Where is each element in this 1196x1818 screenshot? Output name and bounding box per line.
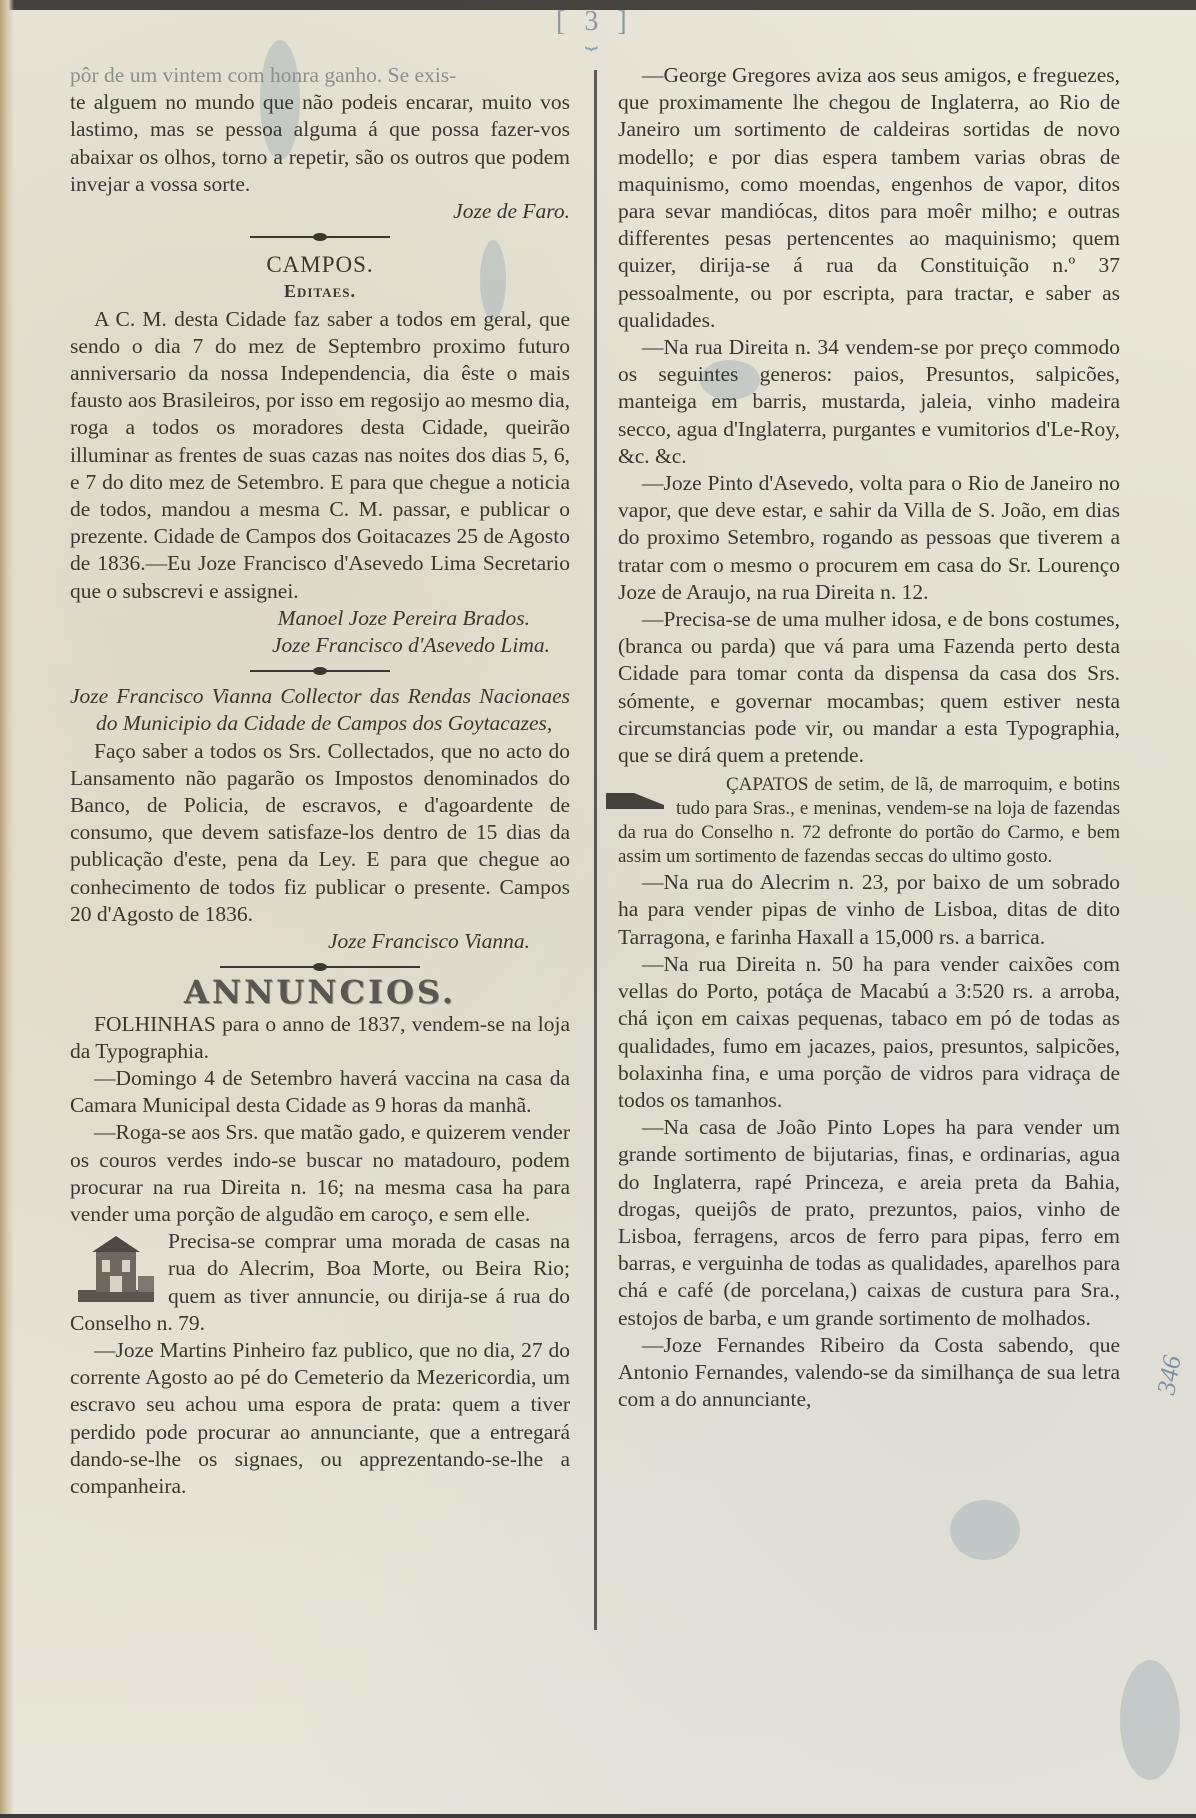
ornamental-rule xyxy=(250,231,390,243)
annuncios-title: ANNUNCIOS. xyxy=(70,979,570,1006)
ad-item: —Na rua Direita n. 34 vendem-se por preç… xyxy=(618,334,1120,470)
ad-item: —Na rua do Alecrim n. 23, por baixo de u… xyxy=(618,869,1120,951)
shoe-woodcut-icon xyxy=(604,787,666,811)
house-woodcut-icon xyxy=(74,1232,158,1304)
column-divider xyxy=(594,70,597,1630)
edital-signature-2: Joze Francisco d'Asevedo Lima. xyxy=(70,632,570,659)
edital-signature-1: Manoel Joze Pereira Brados. xyxy=(70,605,570,632)
intro-faded-line: pôr de um vintem com honra ganho. Se exi… xyxy=(70,62,570,89)
edital-2-header: Joze Francisco Vianna Collector das Rend… xyxy=(70,683,570,737)
ad-item: —George Gregores aviza aos seus amigos, … xyxy=(618,62,1120,334)
ad-item-text: ÇAPATOS de setim, de lã, de marroquim, e… xyxy=(618,773,1120,869)
ad-item-shoes: ÇAPATOS de setim, de lã, de marroquim, e… xyxy=(618,773,1120,869)
ornamental-rule xyxy=(250,665,390,677)
intro-paragraph: te alguem no mundo que não podeis encara… xyxy=(70,89,570,198)
ad-item: —Roga-se aos Srs. que matão gado, e quiz… xyxy=(70,1119,570,1228)
ad-item: —Na casa de João Pinto Lopes ha para ven… xyxy=(618,1114,1120,1332)
section-subtitle: Editaes. xyxy=(70,278,570,305)
ad-item: FOLHINHAS para o anno de 1837, vendem-se… xyxy=(70,1011,570,1065)
margin-handwritten-note: 346 xyxy=(1151,1353,1187,1397)
page-number: [ 3 ] ⏟ xyxy=(556,6,633,50)
ad-item-house: Precisa-se comprar uma morada de casas n… xyxy=(70,1228,570,1337)
ad-item: —Joze Martins Pinheiro faz publico, que … xyxy=(70,1337,570,1500)
edital-2-signature: Joze Francisco Vianna. xyxy=(70,928,570,955)
ad-item: —Joze Pinto d'Asevedo, volta para o Rio … xyxy=(618,470,1120,606)
intro-signature: Joze de Faro. xyxy=(70,198,570,225)
ornamental-rule xyxy=(220,961,420,973)
water-stain xyxy=(950,1500,1020,1560)
page-left-edge xyxy=(0,0,14,1818)
ad-item: —Joze Fernandes Ribeiro da Costa sabendo… xyxy=(618,1332,1120,1414)
edital-paragraph: A C. M. desta Cidade faz saber a todos e… xyxy=(70,306,570,605)
left-column: pôr de um vintem com honra ganho. Se exi… xyxy=(70,62,570,1500)
ad-item: —Precisa-se de uma mulher idosa, e de bo… xyxy=(618,606,1120,769)
newspaper-page: [ 3 ] ⏟ pôr de um vintem com honra ganho… xyxy=(0,0,1196,1818)
water-stain xyxy=(1120,1660,1180,1780)
section-title: CAMPOS. xyxy=(70,251,570,278)
ad-item: —Domingo 4 de Setembro haverá vaccina na… xyxy=(70,1065,570,1119)
page-bottom-edge xyxy=(0,1814,1196,1818)
ad-item: —Na rua Direita n. 50 ha para vender cai… xyxy=(618,951,1120,1114)
right-column: —George Gregores aviza aos seus amigos, … xyxy=(618,62,1120,1413)
edital-2-paragraph: Faço saber a todos os Srs. Collectados, … xyxy=(70,738,570,928)
